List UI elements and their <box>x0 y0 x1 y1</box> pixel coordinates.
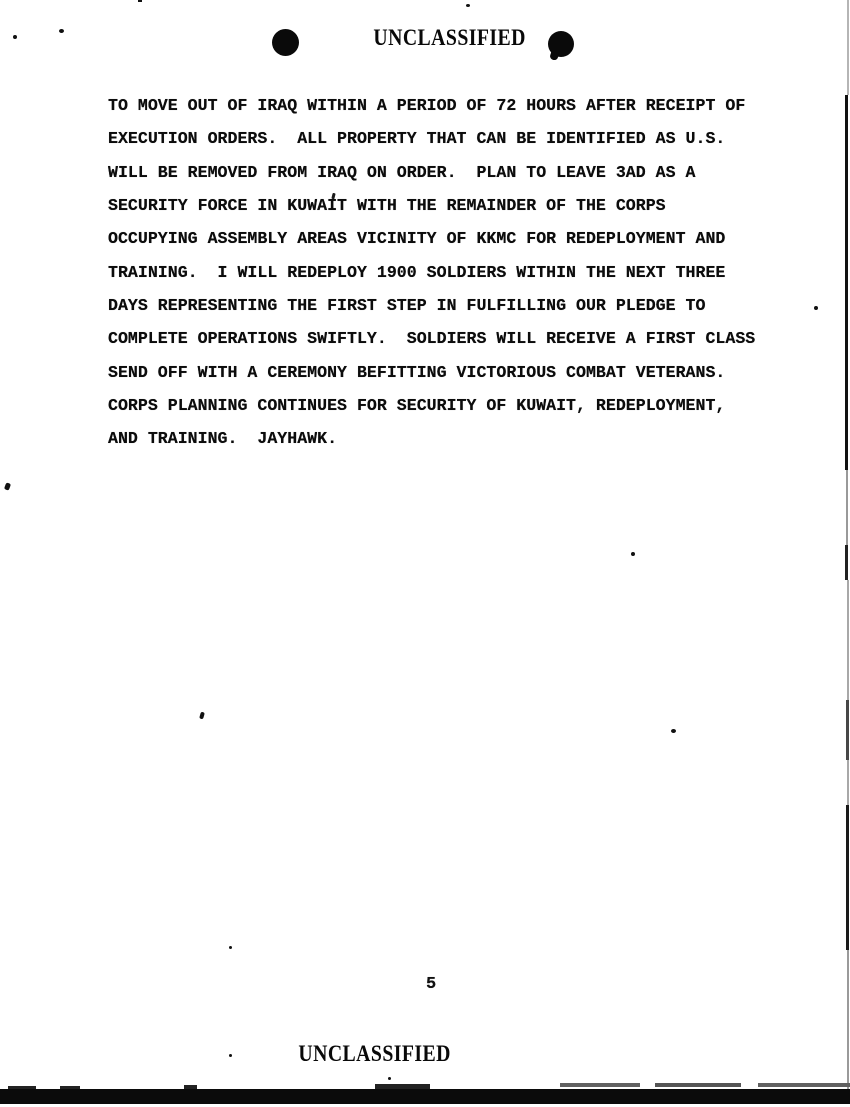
scan-bottom-bar-tick <box>560 1083 640 1087</box>
ink-speck <box>138 0 142 2</box>
document-body: TO MOVE OUT OF IRAQ WITHIN A PERIOD OF 7… <box>108 89 808 456</box>
body-line: SECURITY FORCE IN KUWAIT WITH THE REMAIN… <box>108 189 808 222</box>
ink-speck <box>13 35 17 39</box>
body-line: SEND OFF WITH A CEREMONY BEFITTING VICTO… <box>108 356 808 389</box>
body-line: COMPLETE OPERATIONS SWIFTLY. SOLDIERS WI… <box>108 322 808 355</box>
scan-edge-line <box>846 805 849 950</box>
ink-speck <box>671 729 676 733</box>
ink-speck <box>388 1077 391 1080</box>
scan-edge-line <box>846 700 849 760</box>
body-line: TO MOVE OUT OF IRAQ WITHIN A PERIOD OF 7… <box>108 89 808 122</box>
scan-edge-line <box>847 0 849 95</box>
ink-speck <box>59 29 64 33</box>
scan-edge-line <box>845 95 848 470</box>
classification-footer: UNCLASSIFIED <box>0 1041 800 1067</box>
scanned-document-page: UNCLASSIFIED TO MOVE OUT OF IRAQ WITHIN … <box>0 0 850 1107</box>
body-line: EXECUTION ORDERS. ALL PROPERTY THAT CAN … <box>108 122 808 155</box>
scan-edge-line <box>846 470 848 545</box>
ink-speck <box>631 552 635 556</box>
page-number: 5 <box>426 975 436 994</box>
body-line: AND TRAINING. JAYHAWK. <box>108 422 808 455</box>
classification-header: UNCLASSIFIED <box>25 25 850 51</box>
ink-speck <box>229 1054 232 1057</box>
body-line: WILL BE REMOVED FROM IRAQ ON ORDER. PLAN… <box>108 156 808 189</box>
scan-edge-line <box>845 545 848 580</box>
body-line: OCCUPYING ASSEMBLY AREAS VICINITY OF KKM… <box>108 222 808 255</box>
classification-header-text: UNCLASSIFIED <box>374 25 526 51</box>
ink-speck <box>4 482 11 490</box>
ink-speck <box>814 306 818 310</box>
scan-bottom-bar-tick <box>758 1083 850 1087</box>
ink-speck <box>229 946 232 949</box>
scan-edge-line <box>847 580 849 805</box>
body-line: TRAINING. I WILL REDEPLOY 1900 SOLDIERS … <box>108 256 808 289</box>
ink-speck <box>466 4 470 7</box>
body-line: CORPS PLANNING CONTINUES FOR SECURITY OF… <box>108 389 808 422</box>
scan-edge-line <box>847 950 849 1090</box>
hole-punch-mark-right-smudge <box>549 52 559 61</box>
scan-bottom-bar <box>0 1089 850 1104</box>
hole-punch-mark-left <box>272 29 299 56</box>
scan-bottom-bar-tick <box>655 1083 741 1087</box>
ink-speck <box>199 712 205 720</box>
body-line: DAYS REPRESENTING THE FIRST STEP IN FULF… <box>108 289 808 322</box>
classification-footer-text: UNCLASSIFIED <box>299 1041 451 1067</box>
